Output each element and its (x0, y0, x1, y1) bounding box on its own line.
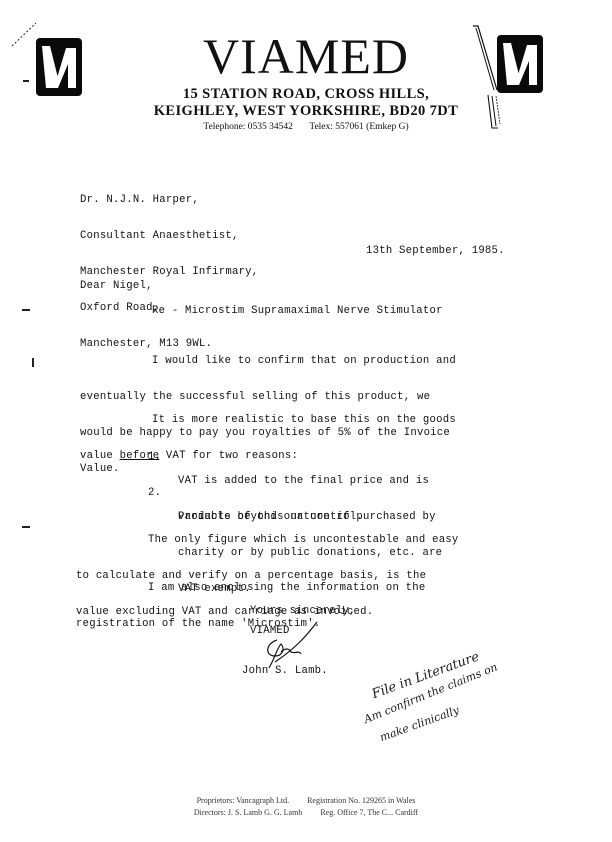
company-name: VIAMED (0, 28, 612, 84)
telephone: Telephone: 0535 34542 (203, 122, 293, 132)
contact-line: Telephone: 0535 34542 Telex: 557061 (Emk… (0, 122, 612, 132)
margin-mark (22, 526, 30, 528)
subject-line: Re - Microstim Supramaximal Nerve Stimul… (152, 305, 443, 317)
telex: Telex: 557061 (Emkep G) (309, 122, 408, 132)
recipient-line: Manchester Royal Infirmary, (80, 266, 258, 278)
salutation: Dear Nigel, (80, 280, 153, 292)
address-line-1: 15 STATION ROAD, CROSS HILLS, (0, 86, 612, 103)
footer-reg-office: Reg. Office 7, The C... Cardiff (320, 808, 418, 817)
margin-mark (22, 309, 30, 311)
footer-registration: Registration No. 129265 in Wales (307, 796, 415, 805)
footer-line-2: Directors: J. S. Lamb G. G. Lamb Reg. Of… (0, 808, 612, 817)
valediction: Yours sincerely, (250, 605, 356, 617)
address-line-2: KEIGHLEY, WEST YORKSHIRE, BD20 7DT (0, 103, 612, 120)
recipient-line: Consultant Anaesthetist, (80, 230, 258, 242)
letter-date: 13th September, 1985. (366, 245, 505, 257)
margin-mark (32, 358, 34, 367)
recipient-line: Dr. N.J.N. Harper, (80, 194, 258, 206)
footer-line-1: Proprietors: Vancagraph Ltd. Registratio… (0, 796, 612, 805)
footer-proprietors: Proprietors: Vancagraph Ltd. (197, 796, 290, 805)
footer-directors: Directors: J. S. Lamb G. G. Lamb (194, 808, 302, 817)
signatory-name: John S. Lamb. (242, 665, 328, 677)
